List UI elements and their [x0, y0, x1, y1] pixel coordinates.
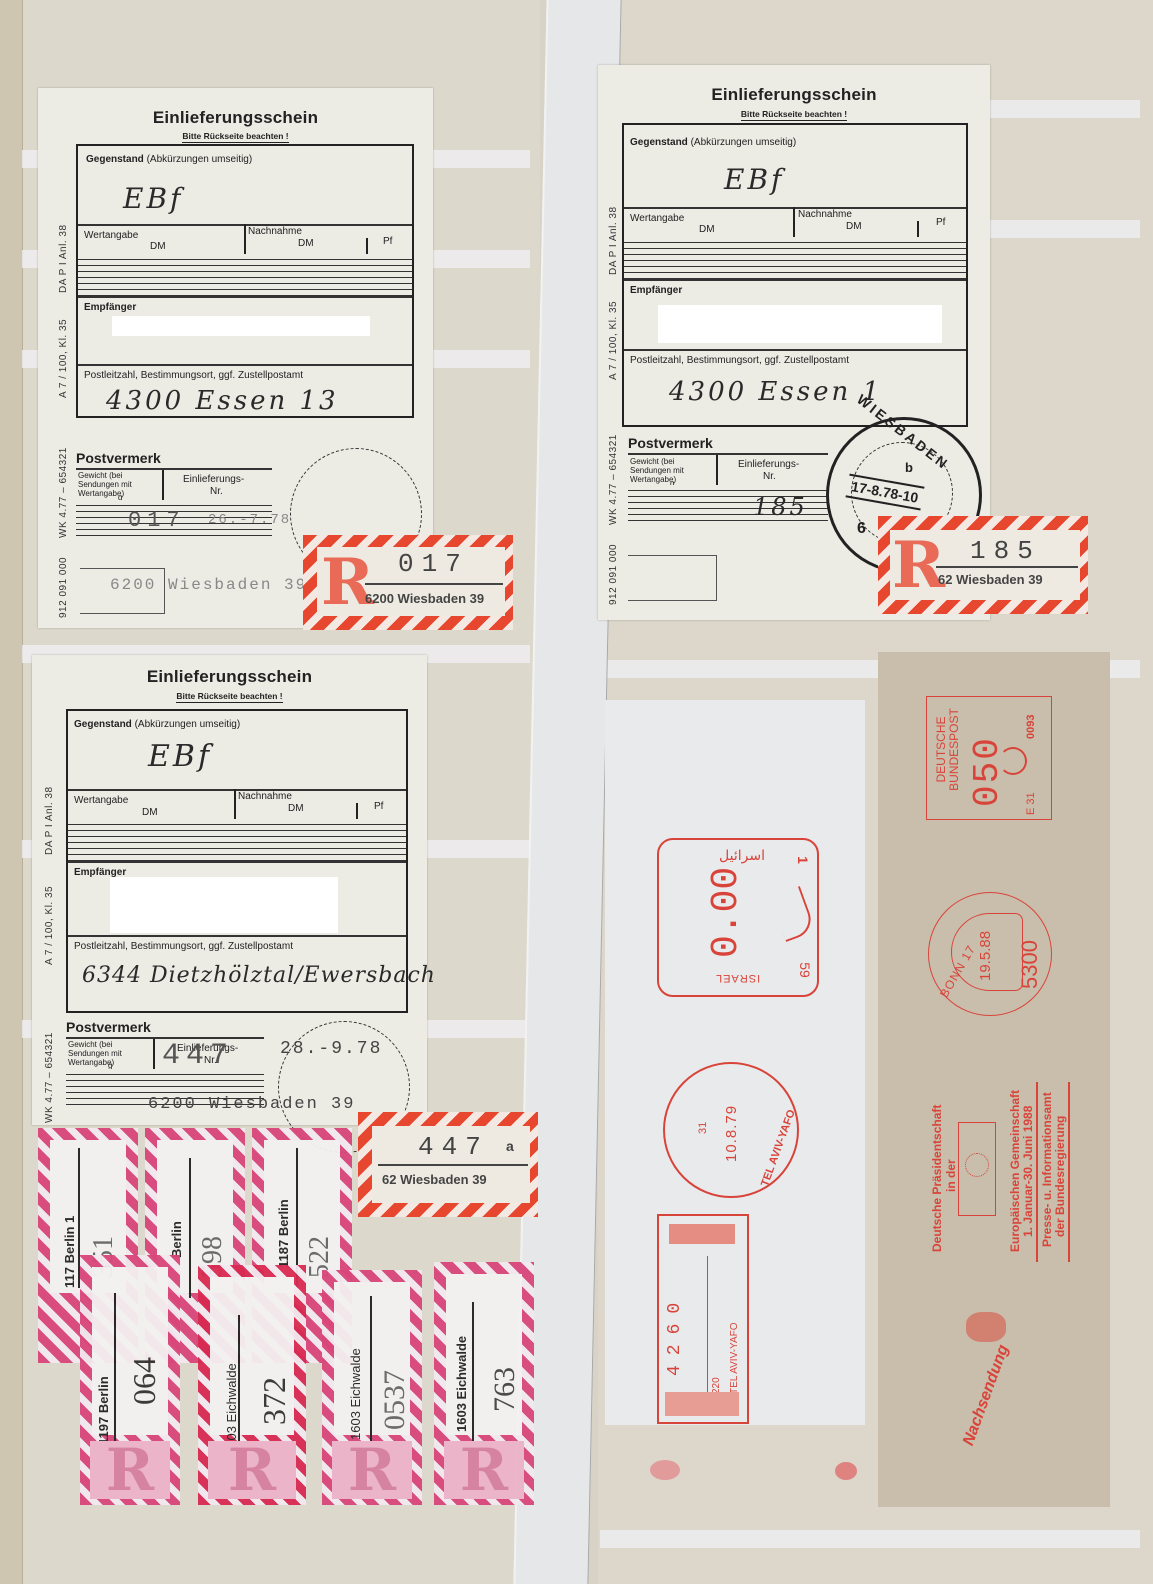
ddr-r-label-front-1: 1197 Berlin 064 R — [80, 1255, 180, 1505]
divider — [628, 453, 828, 455]
receipt-subtitle: Bitte Rückseite beachten ! — [598, 109, 990, 119]
gegenstand-label: Gegenstand (Abkürzungen umseitig) — [74, 719, 240, 730]
stamped-number: 017 — [128, 508, 186, 533]
pf-label: Pf — [936, 217, 945, 228]
einlieferung-nr-label: Nr. — [763, 471, 776, 482]
divider — [68, 861, 406, 863]
r-label-number: 447 — [418, 1132, 489, 1162]
label-place: 1197 Berlin — [96, 1376, 111, 1445]
divider — [68, 935, 406, 937]
redaction-box — [110, 877, 338, 933]
stamped-date: 26.-7.78 — [208, 512, 291, 528]
label-place: 117 Berlin 1 — [62, 1216, 77, 1288]
label-place: Berlin — [169, 1221, 184, 1258]
eu-flag-box — [958, 1122, 996, 1216]
meter-country: DEUTSCHE BUNDESPOST — [935, 702, 961, 797]
divider — [68, 789, 406, 791]
divider — [1068, 1082, 1070, 1262]
empfaenger-label: Empfänger — [630, 285, 682, 296]
nachnahme-unit: DM — [846, 221, 862, 232]
einlieferung-nr-label: Nr. — [210, 486, 223, 497]
r-label-1: R 017 6200 Wiesbaden 39 — [303, 535, 513, 630]
pf-label: Pf — [383, 236, 392, 247]
postmark-num: 31 — [697, 1122, 709, 1134]
stamped-place: 6200 Wiesbaden 39 — [110, 576, 307, 594]
r-label-suffix: a — [506, 1138, 514, 1154]
ddr-r-label-front-2: 1603 Eichwalde 372 R — [198, 1265, 306, 1505]
r-label-place: 62 Wiesbaden 39 — [382, 1172, 487, 1187]
einlieferung-label: Einlieferungs- — [183, 474, 244, 485]
meter-frank-box: DEUTSCHE BUNDESPOST 050 E 31 0093 — [926, 696, 1052, 820]
side-code: DA P I Anl. 38 — [608, 206, 619, 275]
r-box-footer — [665, 1392, 739, 1416]
label-bar — [189, 1158, 191, 1298]
address-label: Postleitzahl, Bestimmungsort, ggf. Zuste… — [630, 355, 849, 366]
address-label: Postleitzahl, Bestimmungsort, ggf. Zuste… — [74, 941, 293, 952]
pf-label: Pf — [374, 801, 383, 812]
label-number: 0537 — [378, 1370, 412, 1430]
ink-stain — [650, 1460, 680, 1480]
r-label-number: 017 — [398, 549, 469, 579]
meter-serial: 0093 — [1025, 715, 1037, 739]
dove-icon — [770, 886, 816, 942]
eu-stars-icon — [965, 1153, 989, 1177]
slogan-line3: Europäischen Gemeinschaft — [1008, 1090, 1022, 1252]
receipt-main-box: Gegenstand (Abkürzungen umseitig) EBf We… — [76, 144, 414, 418]
gegenstand-value: EBf — [724, 163, 784, 196]
postmark-date: 10.8.79 — [723, 1105, 740, 1162]
slogan-line4: 1. Januar-30. Juni 1988 — [1021, 1106, 1035, 1237]
postmark-date: 19.5.88 — [977, 931, 994, 981]
wertangabe-label: Wertangabe — [74, 795, 128, 806]
divider — [936, 566, 1078, 568]
r-box-number: 4260 — [665, 1293, 685, 1376]
divider — [78, 364, 412, 366]
divider — [624, 349, 966, 351]
red-ink-blot — [966, 1312, 1006, 1342]
corner-number-top: 1 — [795, 856, 811, 864]
label-number: 064 — [126, 1357, 163, 1405]
side-code: A 7 / 100, Kl. 35 — [58, 319, 69, 398]
address-value: 4300 Essen 1 — [669, 377, 882, 407]
side-code: DA P I Anl. 38 — [58, 224, 69, 293]
wertangabe-unit: DM — [142, 807, 158, 818]
r-letter: R — [332, 1441, 412, 1499]
side-code: A 7 / 100, Kl. 35 — [44, 886, 55, 965]
r-box-city: TEL AVIV-YAFO — [729, 1322, 740, 1394]
postmark-letter: b — [905, 460, 913, 475]
label-place: 1603 Eichwalde — [348, 1348, 363, 1440]
divider — [707, 1256, 708, 1396]
label-bar — [472, 1302, 474, 1452]
divider — [378, 1164, 528, 1166]
receipt-subtitle: Bitte Rückseite beachten ! — [38, 131, 433, 141]
r-letter: R — [90, 1441, 170, 1499]
divider — [78, 296, 412, 298]
r-letter: R — [444, 1441, 524, 1499]
tel-aviv-postmark: 10.8.79 31 TEL AVIV-YAFO — [663, 1062, 799, 1198]
stamped-number: 447 — [162, 1039, 234, 1073]
nachnahme-unit: DM — [298, 238, 314, 249]
address-value: 6344 Dietzhölztal/Ewersbach — [82, 963, 436, 988]
redaction-box — [112, 316, 370, 336]
receipt-title: Einlieferungsschein — [38, 108, 433, 128]
redaction-box — [658, 305, 942, 343]
stamped-place: 6200 Wiesbaden 39 — [148, 1095, 355, 1114]
postvermerk-label: Postvermerk — [76, 450, 161, 466]
wertangabe-unit: DM — [699, 224, 715, 235]
postvermerk-label: Postvermerk — [66, 1019, 151, 1035]
israel-r-box: 4260 220 TEL AVIV-YAFO — [657, 1214, 749, 1424]
wertangabe-label: Wertangabe — [630, 213, 684, 224]
divider — [76, 468, 272, 470]
postmark-code: 6 — [857, 520, 866, 538]
r-label-place: 62 Wiesbaden 39 — [938, 572, 1043, 587]
side-code: WK 4.77 – 654321 — [58, 447, 69, 538]
country-arabic: اسرائيل — [719, 848, 765, 864]
divider — [624, 279, 966, 281]
side-code: WK 4.77 – 654321 — [608, 434, 619, 525]
side-code: A 7 / 100, Kl. 35 — [608, 301, 619, 380]
r-label-place: 6200 Wiesbaden 39 — [365, 591, 484, 606]
side-code: WK 4.77 – 654321 — [44, 1032, 55, 1123]
corner-number-bottom: 59 — [797, 962, 813, 978]
stamp-box — [628, 555, 717, 601]
address-value: 4300 Essen 13 — [106, 386, 339, 416]
receipt-title: Einlieferungsschein — [32, 667, 427, 687]
gegenstand-value: EBf — [123, 182, 183, 215]
r-letter: R — [208, 1441, 296, 1499]
label-number: 372 — [256, 1377, 293, 1425]
ink-stain — [835, 1462, 857, 1480]
gegenstand-value: EBf — [148, 739, 212, 774]
israel-frank-box: اسرائيل 0.00 ISRAEL 1 59 — [657, 838, 819, 997]
wertangabe-label: Wertangabe — [84, 230, 138, 241]
divider — [365, 583, 503, 585]
label-number: 763 — [488, 1367, 522, 1412]
r-label-2: R 185 62 Wiesbaden 39 — [878, 516, 1088, 614]
side-code: 912 091 000 — [58, 557, 69, 618]
empfaenger-label: Empfänger — [84, 302, 136, 313]
slogan-line6: der Bundesregierung — [1053, 1116, 1067, 1237]
r-box-header — [669, 1224, 735, 1244]
postvermerk-label: Postvermerk — [628, 435, 713, 451]
ddr-r-label-front-4: 1603 Eichwalde 763 R — [434, 1262, 534, 1505]
country-latin: ISRAEL — [715, 972, 760, 984]
r-label-number: 185 — [970, 536, 1041, 566]
bonn-postmark: BONN 17 19.5.88 5300 — [928, 892, 1052, 1016]
amount-lines — [78, 254, 412, 296]
side-code: DA P I Anl. 38 — [44, 786, 55, 855]
handwritten-number: 185 — [753, 493, 808, 521]
receipt-main-box: Gegenstand (Abkürzungen umseitig) EBf We… — [622, 123, 968, 427]
gegenstand-label: Gegenstand (Abkürzungen umseitig) — [86, 154, 252, 165]
wertangabe-unit: DM — [150, 241, 166, 252]
r-label-3: 447 a 62 Wiesbaden 39 — [358, 1112, 538, 1217]
label-place: 1603 Eichwalde — [454, 1336, 469, 1432]
german-meter-strip: DEUTSCHE BUNDESPOST 050 E 31 0093 BONN 1… — [878, 652, 1110, 1507]
einlieferung-label: Einlieferungs- — [738, 459, 799, 470]
meter-machine: E 31 — [1025, 792, 1037, 815]
label-bar — [114, 1293, 116, 1443]
label-bar — [370, 1296, 372, 1456]
slogan-line2: in der — [944, 1159, 958, 1192]
nachnahme-label: Nachnahme — [248, 226, 302, 237]
album-binding — [0, 0, 23, 1584]
posthorn-icon — [999, 747, 1027, 775]
postmark-city: TEL AVIV-YAFO — [759, 1108, 798, 1188]
address-label: Postleitzahl, Bestimmungsort, ggf. Zuste… — [84, 370, 303, 381]
nachsendung-stamp: Nachsendung — [960, 1343, 1013, 1449]
receipt-form-3: Einlieferungsschein Bitte Rückseite beac… — [32, 655, 427, 1125]
nachnahme-label: Nachnahme — [238, 791, 292, 802]
israel-meter-strip: اسرائيل 0.00 ISRAEL 1 59 10.8.79 31 TEL … — [605, 700, 865, 1425]
divider — [624, 207, 966, 209]
receipt-subtitle: Bitte Rückseite beachten ! — [32, 691, 427, 701]
slogan-line5: Presse- u. Informationsamt — [1040, 1092, 1054, 1247]
slogan-line1: Deutsche Präsidentschaft — [930, 1105, 944, 1252]
receipt-title: Einlieferungsschein — [598, 85, 990, 105]
stock-strip — [600, 1530, 1140, 1548]
nachnahme-label: Nachnahme — [798, 209, 852, 220]
receipt-main-box: Gegenstand (Abkürzungen umseitig) EBf We… — [66, 709, 408, 1013]
nachnahme-unit: DM — [288, 803, 304, 814]
frank-value: 0.00 — [705, 867, 748, 958]
meter-value: 050 — [967, 736, 1008, 807]
divider — [1036, 1082, 1038, 1262]
label-place: 1187 Berlin — [276, 1199, 291, 1268]
amount-lines — [624, 237, 966, 279]
gegenstand-label: Gegenstand (Abkürzungen umseitig) — [630, 137, 796, 148]
amount-lines — [68, 819, 406, 861]
postmark-zip: 5300 — [1017, 940, 1043, 989]
side-code: 912 091 000 — [608, 544, 619, 605]
ddr-r-label-front-3: 1603 Eichwalde 0537 R — [322, 1270, 422, 1505]
